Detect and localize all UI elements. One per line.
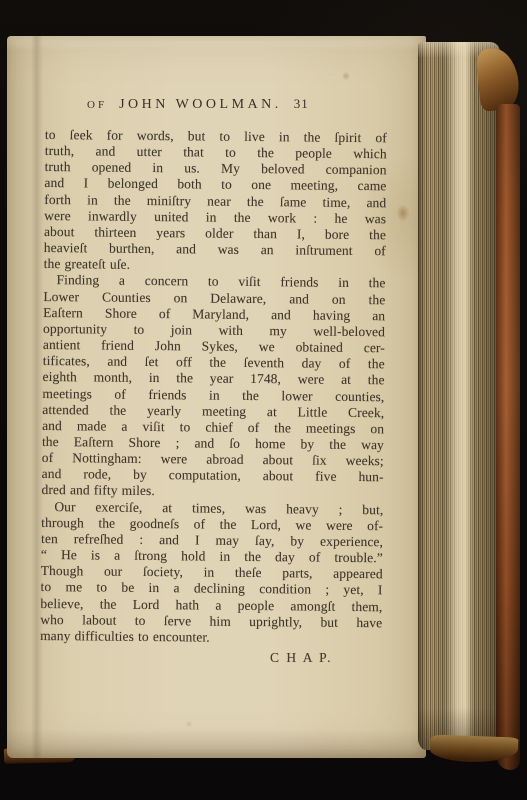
text-line: many difficulties to encounter. xyxy=(40,628,382,647)
header-prefix: OF xyxy=(87,99,107,111)
running-header: OF JOHN WOOLMAN. 31 xyxy=(87,96,309,113)
book-fore-edge xyxy=(418,42,500,750)
book-cover-edge xyxy=(496,104,520,770)
book-page: OF JOHN WOOLMAN. 31 to ſeek for words, b… xyxy=(7,36,426,758)
catchword: C H A P. xyxy=(270,650,333,666)
page-text: to ſeek for words, but to live in the ſp… xyxy=(40,127,387,647)
header-title: JOHN WOOLMAN. xyxy=(119,97,282,113)
photo-background: OF JOHN WOOLMAN. 31 to ſeek for words, b… xyxy=(0,0,527,800)
torn-corner-top-right xyxy=(475,46,521,112)
page-number: 31 xyxy=(294,96,309,112)
